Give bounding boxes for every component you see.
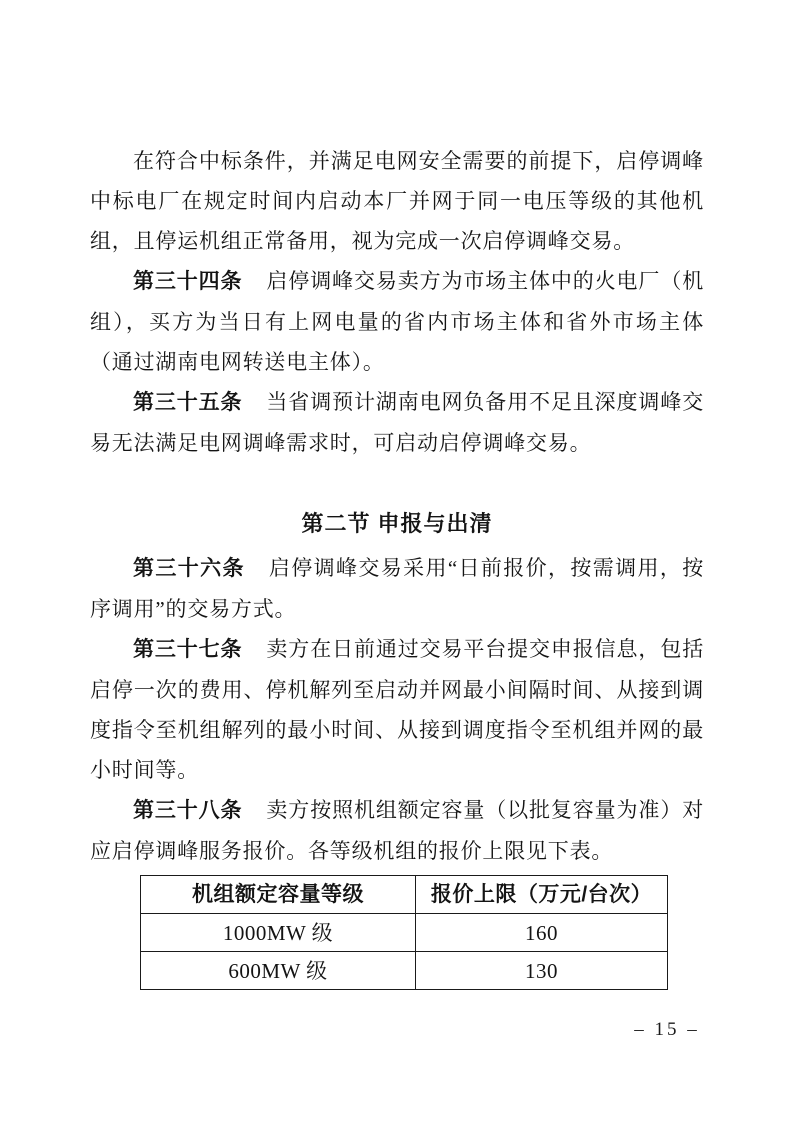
article-number-36: 第三十六条 bbox=[133, 557, 245, 580]
paragraph-article-34: 第三十四条启停调峰交易卖方为市场主体中的火电厂（机组），买方为当日有上网电量的省… bbox=[90, 261, 704, 382]
cell-price-cap: 130 bbox=[416, 952, 668, 990]
table-header-price-cap: 报价上限（万元/台次） bbox=[416, 876, 668, 914]
article-number-35: 第三十五条 bbox=[133, 391, 242, 414]
cell-price-cap: 160 bbox=[416, 914, 668, 952]
cell-capacity-grade: 600MW 级 bbox=[141, 952, 416, 990]
paragraph-article-37: 第三十七条卖方在日前通过交易平台提交申报信息，包括启停一次的费用、停机解列至启动… bbox=[90, 629, 704, 790]
price-cap-table: 机组额定容量等级 报价上限（万元/台次） 1000MW 级 160 600MW … bbox=[140, 875, 668, 990]
page-number: – 15 – bbox=[607, 1019, 727, 1041]
table-header-row: 机组额定容量等级 报价上限（万元/台次） bbox=[141, 876, 668, 914]
cell-capacity-grade: 1000MW 级 bbox=[141, 914, 416, 952]
article-number-34: 第三十四条 bbox=[133, 270, 242, 293]
document-page: 在符合中标条件，并满足电网安全需要的前提下，启停调峰中标电厂在规定时间内启动本厂… bbox=[0, 0, 793, 1122]
section-heading: 第二节 申报与出清 bbox=[90, 504, 704, 544]
table-row: 600MW 级 130 bbox=[141, 952, 668, 990]
paragraph-article-38: 第三十八条卖方按照机组额定容量（以批复容量为准）对应启停调峰服务报价。各等级机组… bbox=[90, 790, 704, 871]
paragraph-text: 在符合中标条件，并满足电网安全需要的前提下，启停调峰中标电厂在规定时间内启动本厂… bbox=[90, 149, 704, 253]
article-number-38: 第三十八条 bbox=[133, 799, 242, 822]
paragraph-article-35: 第三十五条当省调预计湖南电网负备用不足且深度调峰交易无法满足电网调峰需求时，可启… bbox=[90, 382, 704, 463]
table-header-capacity-grade: 机组额定容量等级 bbox=[141, 876, 416, 914]
table-row: 1000MW 级 160 bbox=[141, 914, 668, 952]
document-body: 在符合中标条件，并满足电网安全需要的前提下，启停调峰中标电厂在规定时间内启动本厂… bbox=[90, 141, 704, 990]
article-number-37: 第三十七条 bbox=[133, 638, 242, 661]
paragraph-article-36: 第三十六条启停调峰交易采用“日前报价，按需调用，按序调用”的交易方式。 bbox=[90, 548, 704, 629]
paragraph-intro: 在符合中标条件，并满足电网安全需要的前提下，启停调峰中标电厂在规定时间内启动本厂… bbox=[90, 141, 704, 261]
